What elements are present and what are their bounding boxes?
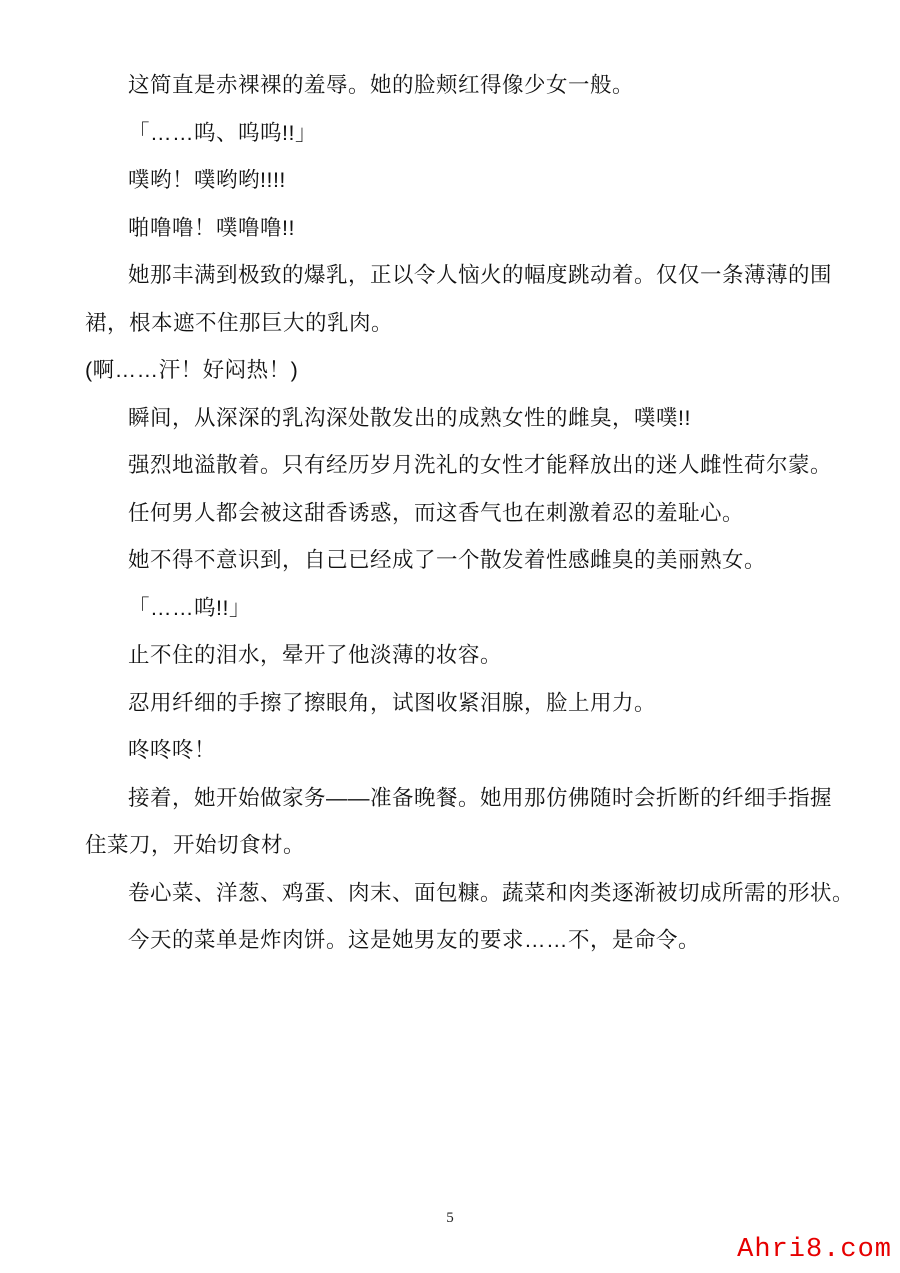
text-line: 这简直是赤裸裸的羞辱。她的脸颊红得像少女一般。 <box>85 62 825 110</box>
text-line: 「……呜、呜呜!!」 <box>85 110 825 158</box>
text-line: 裙，根本遮不住那巨大的乳肉。 <box>85 300 825 348</box>
text-line: 忍用纤细的手擦了擦眼角，试图收紧泪腺，脸上用力。 <box>85 680 825 728</box>
text-line: 任何男人都会被这甜香诱惑，而这香气也在刺激着忍的羞耻心。 <box>85 490 825 538</box>
text-line: 噗哟！噗哟哟!!!! <box>85 157 825 205</box>
document-body: 这简直是赤裸裸的羞辱。她的脸颊红得像少女一般。「……呜、呜呜!!」噗哟！噗哟哟!… <box>85 62 825 965</box>
text-line: 卷心菜、洋葱、鸡蛋、肉末、面包糠。蔬菜和肉类逐渐被切成所需的形状。 <box>85 870 825 918</box>
text-line: 接着，她开始做家务——准备晚餐。她用那仿佛随时会折断的纤细手指握 <box>85 775 825 823</box>
page-number: 5 <box>0 1210 900 1227</box>
text-line: 强烈地溢散着。只有经历岁月洗礼的女性才能释放出的迷人雌性荷尔蒙。 <box>85 442 825 490</box>
text-line: 「……呜!!」 <box>85 585 825 633</box>
text-line: (啊……汗！好闷热！) <box>85 347 825 395</box>
text-line: 止不住的泪水，晕开了他淡薄的妆容。 <box>85 632 825 680</box>
text-line: 瞬间，从深深的乳沟深处散发出的成熟女性的雌臭，噗噗!! <box>85 395 825 443</box>
text-line: 今天的菜单是炸肉饼。这是她男友的要求……不，是命令。 <box>85 917 825 965</box>
text-line: 她那丰满到极致的爆乳，正以令人恼火的幅度跳动着。仅仅一条薄薄的围 <box>85 252 825 300</box>
text-line: 啪噜噜！噗噜噜!! <box>85 205 825 253</box>
text-line: 住菜刀，开始切食材。 <box>85 822 825 870</box>
watermark: Ahri8.com <box>737 1235 892 1265</box>
text-line: 她不得不意识到，自己已经成了一个散发着性感雌臭的美丽熟女。 <box>85 537 825 585</box>
document-page: 这简直是赤裸裸的羞辱。她的脸颊红得像少女一般。「……呜、呜呜!!」噗哟！噗哟哟!… <box>0 0 900 1273</box>
text-line: 咚咚咚！ <box>85 727 825 775</box>
